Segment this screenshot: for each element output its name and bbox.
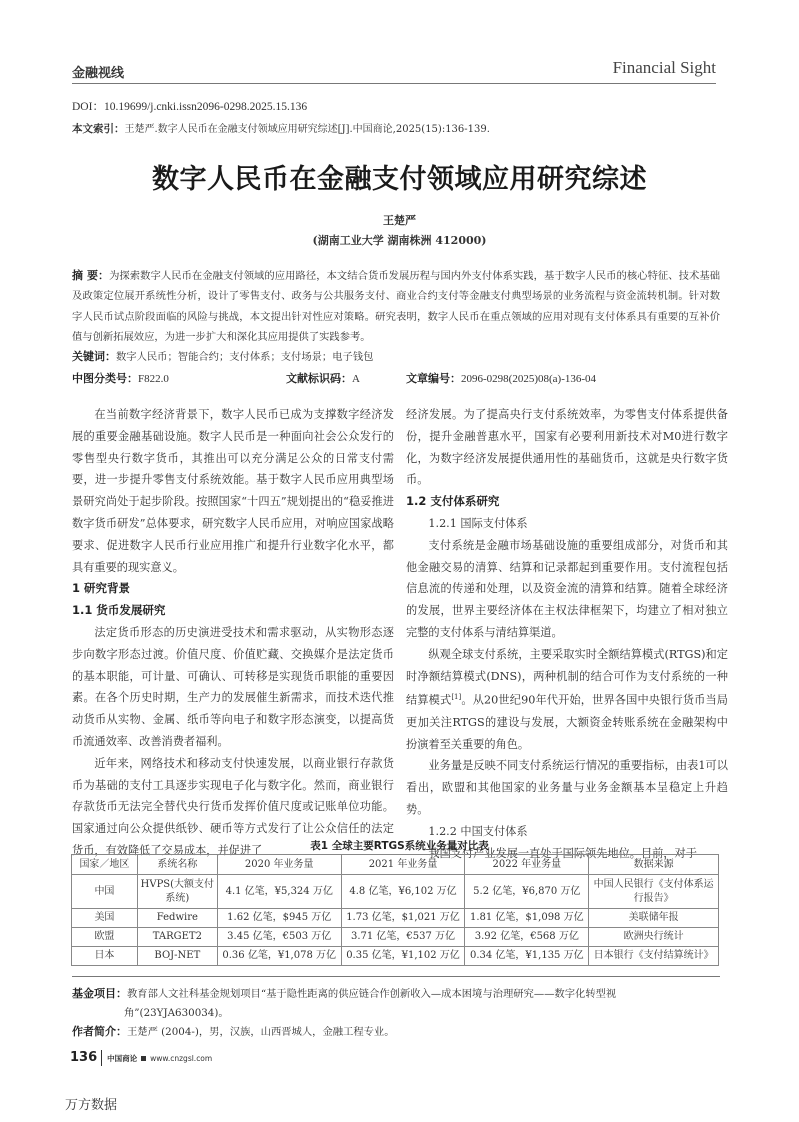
heading-1-1: 1.1 货币发展研究 bbox=[72, 600, 394, 622]
paragraph: 经济发展。为了提高央行支付系统效率，为零售支付体系提供备份，提升金融普惠水平，国… bbox=[406, 404, 728, 491]
table-row: 日本 BOJ-NET 0.36 亿笔，¥1,078 万亿 0.35 亿笔，¥1,… bbox=[72, 947, 719, 966]
square-bullet-icon bbox=[141, 1056, 146, 1061]
column-header: 系统名称 bbox=[137, 855, 217, 875]
table-cell: 1.73 亿笔，$1,021 万亿 bbox=[341, 909, 465, 928]
doc-code-value: A bbox=[352, 373, 360, 385]
journal-url[interactable]: www.cnzgsl.com bbox=[150, 1054, 212, 1063]
watermark: 万方数据 bbox=[65, 1094, 117, 1113]
running-header: 金融视线 Financial Sight bbox=[72, 60, 716, 84]
table-cell: 5.2 亿笔，¥6,870 万亿 bbox=[465, 875, 589, 909]
citation-ref[interactable]: [1] bbox=[451, 693, 461, 701]
author-info-text: 王楚严 (2004-)，男，汉族，山西晋城人，金融工程专业。 bbox=[127, 1026, 395, 1038]
keywords: 关键词：数字人民币；智能合约；支付体系；支付场景；电子钱包 bbox=[72, 348, 373, 364]
keywords-text: 数字人民币；智能合约；支付体系；支付场景；电子钱包 bbox=[116, 351, 373, 363]
table-cell: 3.92 亿笔，€568 万亿 bbox=[465, 928, 589, 947]
table-cell: 3.71 亿笔，€537 万亿 bbox=[341, 928, 465, 947]
fund-text-cont: 角”(23YJA630034)。 bbox=[72, 1004, 720, 1023]
table-header-row: 国家／地区 系统名称 2020 年业务量 2021 年业务量 2022 年业务量… bbox=[72, 855, 719, 875]
table-cell: 1.62 亿笔，$945 万亿 bbox=[217, 909, 341, 928]
table-cell: 美国 bbox=[72, 909, 138, 928]
author-info-label: 作者简介： bbox=[72, 1025, 127, 1038]
article-title: 数字人民币在金融支付领域应用研究综述 bbox=[0, 157, 799, 196]
column-name-en: Financial Sight bbox=[613, 58, 716, 78]
article-number-value: 2096-0298(2025)08(a)-136-04 bbox=[461, 373, 596, 385]
right-column: 经济发展。为了提高央行支付系统效率，为零售支付体系提供备份，提升金融普惠水平，国… bbox=[406, 404, 728, 864]
table-cell: 日本 bbox=[72, 947, 138, 966]
fund-text: 教育部人文社科基金规划项目“基于隐性距离的供应链合作创新收入—成本困境与治理研究… bbox=[127, 988, 616, 1000]
fund-label: 基金项目： bbox=[72, 987, 127, 1000]
citation: 本文索引：王楚严.数字人民币在金融支付领域应用研究综述[J].中国商论,2025… bbox=[72, 120, 490, 136]
table-cell: 1.81 亿笔，$1,098 万亿 bbox=[465, 909, 589, 928]
table-cell: 4.1 亿笔，¥5,324 万亿 bbox=[217, 875, 341, 909]
heading-1-2-1: 1.2.1 国际支付体系 bbox=[406, 513, 728, 535]
author-info: 作者简介：王楚严 (2004-)，男，汉族，山西晋城人，金融工程专业。 bbox=[72, 1022, 395, 1042]
table-cell: TARGET2 bbox=[137, 928, 217, 947]
table-cell: 欧洲央行统计 bbox=[589, 928, 719, 947]
fund-info: 基金项目：教育部人文社科基金规划项目“基于隐性距离的供应链合作创新收入—成本困境… bbox=[72, 984, 720, 1023]
page-footer: 136 中国商论 www.cnzgsl.com bbox=[70, 1050, 212, 1066]
section-name: 金融视线 bbox=[72, 62, 124, 81]
table-cell: BOJ-NET bbox=[137, 947, 217, 966]
abstract-label: 摘 要： bbox=[72, 269, 109, 282]
doc-code-label: 文献标识码： bbox=[286, 372, 352, 385]
table-cell: 日本银行《支付结算统计》 bbox=[589, 947, 719, 966]
footnote-divider bbox=[72, 976, 720, 977]
table-cell: 美联储年报 bbox=[589, 909, 719, 928]
doc-code: 文献标识码：A bbox=[286, 370, 360, 386]
clc-label: 中图分类号： bbox=[72, 372, 138, 385]
paragraph-text: 。从20世纪90年代开始，世界各国中央银行货币当局更加关注RTGS的建设与发展，… bbox=[406, 694, 728, 751]
table-cell: HVPS(大额支付系统) bbox=[137, 875, 217, 909]
table-cell: 3.45 亿笔，€503 万亿 bbox=[217, 928, 341, 947]
table-cell: 4.8 亿笔，¥6,102 万亿 bbox=[341, 875, 465, 909]
journal-name: 中国商论 bbox=[102, 1053, 137, 1064]
keywords-label: 关键词： bbox=[72, 350, 116, 363]
citation-text: 王楚严.数字人民币在金融支付领域应用研究综述[J].中国商论,2025(15):… bbox=[125, 124, 490, 135]
author-name-text: 王楚严 bbox=[383, 214, 416, 227]
rtgs-table: 国家／地区 系统名称 2020 年业务量 2021 年业务量 2022 年业务量… bbox=[71, 854, 719, 966]
page-number: 136 bbox=[70, 1050, 102, 1066]
citation-label: 本文索引： bbox=[72, 123, 125, 135]
table-cell: 0.35 亿笔，¥1,102 万亿 bbox=[341, 947, 465, 966]
column-header: 国家／地区 bbox=[72, 855, 138, 875]
intro-paragraph: 在当前数字经济背景下，数字人民币已成为支撑数字经济发展的重要金融基础设施。数字人… bbox=[72, 404, 394, 578]
affiliation: (湖南工业大学 湖南株洲 412000) bbox=[0, 232, 799, 248]
article-number-label: 文章编号： bbox=[406, 372, 461, 385]
table-cell: 中国人民银行《支付体系运行报告》 bbox=[589, 875, 719, 909]
column-header: 数据来源 bbox=[589, 855, 719, 875]
table-row: 美国 Fedwire 1.62 亿笔，$945 万亿 1.73 亿笔，$1,02… bbox=[72, 909, 719, 928]
author-name: 王楚严 bbox=[0, 212, 799, 228]
table-cell: 0.34 亿笔，¥1,135 万亿 bbox=[465, 947, 589, 966]
column-header: 2020 年业务量 bbox=[217, 855, 341, 875]
doi: DOI：10.19699/j.cnki.issn2096-0298.2025.1… bbox=[72, 98, 307, 114]
heading-1: 1 研究背景 bbox=[72, 578, 394, 600]
table-caption: 表1 全球主要RTGS系统业务量对比表 bbox=[0, 838, 799, 853]
paragraph: 业务量是反映不同支付系统运行情况的重要指标，由表1可以看出，欧盟和其他国家的业务… bbox=[406, 755, 728, 820]
clc-value: F822.0 bbox=[138, 373, 169, 385]
heading-1-2: 1.2 支付体系研究 bbox=[406, 491, 728, 513]
table-cell: 欧盟 bbox=[72, 928, 138, 947]
article-number: 文章编号：2096-0298(2025)08(a)-136-04 bbox=[406, 370, 596, 386]
abstract: 摘 要：为探索数字人民币在金融支付领域的应用路径，本文结合货币发展历程与国内外支… bbox=[72, 266, 720, 348]
paragraph: 支付系统是金融市场基础设施的重要组成部分，对货币和其他金融交易的清算、结算和记录… bbox=[406, 535, 728, 644]
column-header: 2022 年业务量 bbox=[465, 855, 589, 875]
abstract-text: 为探索数字人民币在金融支付领域的应用路径，本文结合货币发展历程与国内外支付体系实… bbox=[72, 270, 720, 343]
paragraph: 纵观全球支付系统，主要采取实时全额结算模式(RTGS)和定时净额结算模式(DNS… bbox=[406, 644, 728, 756]
column-header: 2021 年业务量 bbox=[341, 855, 465, 875]
table-row: 欧盟 TARGET2 3.45 亿笔，€503 万亿 3.71 亿笔，€537 … bbox=[72, 928, 719, 947]
table-cell: 0.36 亿笔，¥1,078 万亿 bbox=[217, 947, 341, 966]
clc-number: 中图分类号：F822.0 bbox=[72, 370, 169, 386]
paragraph: 法定货币形态的历史演进受技术和需求驱动，从实物形态逐步向数字形态过渡。价值尺度、… bbox=[72, 622, 394, 753]
table-cell: Fedwire bbox=[137, 909, 217, 928]
table-row: 中国 HVPS(大额支付系统) 4.1 亿笔，¥5,324 万亿 4.8 亿笔，… bbox=[72, 875, 719, 909]
table-cell: 中国 bbox=[72, 875, 138, 909]
left-column: 在当前数字经济背景下，数字人民币已成为支撑数字经济发展的重要金融基础设施。数字人… bbox=[72, 404, 394, 862]
